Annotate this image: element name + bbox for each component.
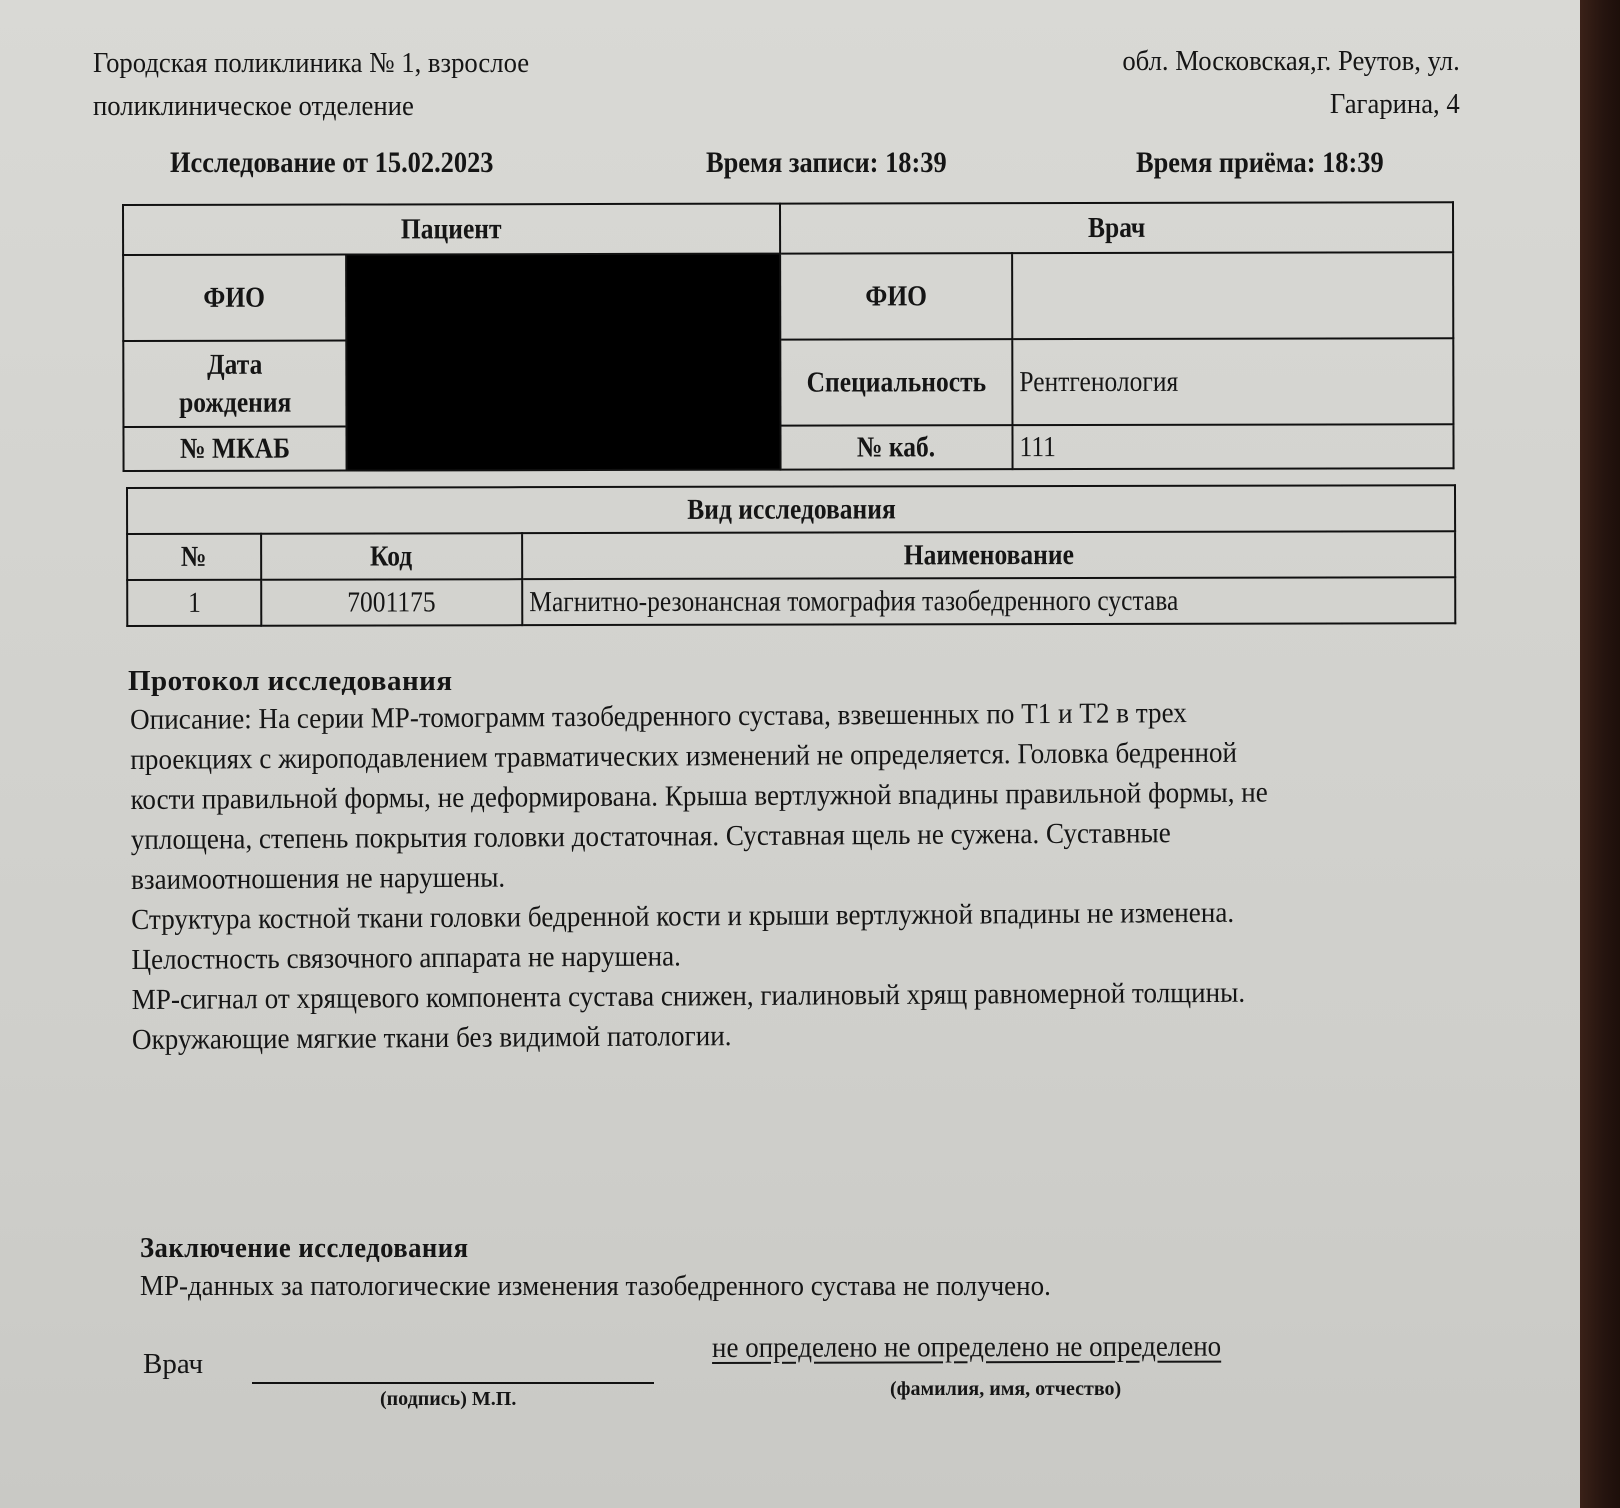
- patient-data-redacted: [346, 254, 780, 471]
- protocol-line: уплощена, степень покрытия головки доста…: [131, 813, 1268, 860]
- conclusion-text: МР-данных за патологические изменения та…: [140, 1266, 1051, 1306]
- doctor-fio-value: [1012, 252, 1454, 339]
- protocol-title: Протокол исследования: [128, 665, 453, 698]
- name-caption: (фамилия, имя, отчество): [890, 1378, 1121, 1401]
- organization-name: Городская поликлиника № 1, взрослое поли…: [93, 42, 529, 128]
- column-header-name: Наименование: [522, 531, 1455, 579]
- organization-line-1: Городская поликлиника № 1, взрослое: [93, 42, 529, 85]
- row-name: Магнитно-резонансная томография тазобедр…: [522, 577, 1455, 625]
- organization-address: обл. Московская,г. Реутов, ул. Гагарина,…: [1123, 40, 1460, 126]
- protocol-line: Окружающие мягкие ткани без видимой пато…: [132, 1013, 1269, 1060]
- signature-line: [252, 1382, 654, 1384]
- protocol-line: Структура костной ткани головки бедренно…: [131, 893, 1268, 940]
- organization-line-2: поликлиническое отделение: [93, 85, 529, 128]
- patient-mkab-label: № МКАБ: [123, 427, 346, 471]
- address-line-1: обл. Московская,г. Реутов, ул.: [1123, 40, 1460, 83]
- doctor-header: Врач: [780, 202, 1453, 253]
- signature-label: Врач: [143, 1348, 203, 1381]
- conclusion-title: Заключение исследования: [140, 1232, 468, 1265]
- doctor-specialty-value: Рентгенология: [1012, 338, 1454, 425]
- doctor-specialty-label: Специальность: [780, 339, 1012, 425]
- patient-doctor-table: Пациент Врач ФИО ФИО Дата рождения Специ…: [122, 201, 1455, 472]
- background-surface: [1580, 0, 1620, 1508]
- booking-time: Время записи: 18:39: [706, 146, 947, 180]
- row-number: 1: [127, 580, 261, 626]
- row-code: 7001175: [261, 579, 522, 626]
- address-line-2: Гагарина, 4: [1123, 83, 1460, 126]
- protocol-body: Описание: На серии МР-томограмм тазобедр…: [130, 693, 1269, 1060]
- doctor-room-value: 111: [1012, 424, 1453, 469]
- paper-sheet: Городская поликлиника № 1, взрослое поли…: [0, 0, 1580, 1508]
- column-header-number: №: [127, 534, 261, 580]
- table-row: 1 7001175 Магнитно-резонансная томографи…: [127, 577, 1455, 626]
- doctor-fio-label: ФИО: [780, 253, 1012, 339]
- patient-header: Пациент: [123, 204, 780, 255]
- doctor-room-label: № каб.: [780, 425, 1012, 469]
- doctor-full-name: не определено не определено не определен…: [712, 1331, 1221, 1365]
- study-type-table: Вид исследования № Код Наименование 1 70…: [126, 484, 1456, 627]
- protocol-line: МР-сигнал от хрящевого компонента сустав…: [132, 973, 1269, 1020]
- study-date: Исследование от 15.02.2023: [170, 146, 493, 180]
- patient-fio-label: ФИО: [123, 255, 346, 341]
- study-type-title: Вид исследования: [127, 485, 1455, 534]
- reception-time: Время приёма: 18:39: [1136, 146, 1384, 180]
- patient-birthdate-label: Дата рождения: [123, 341, 346, 427]
- column-header-code: Код: [261, 533, 522, 580]
- signature-caption: (подпись) М.П.: [380, 1388, 516, 1411]
